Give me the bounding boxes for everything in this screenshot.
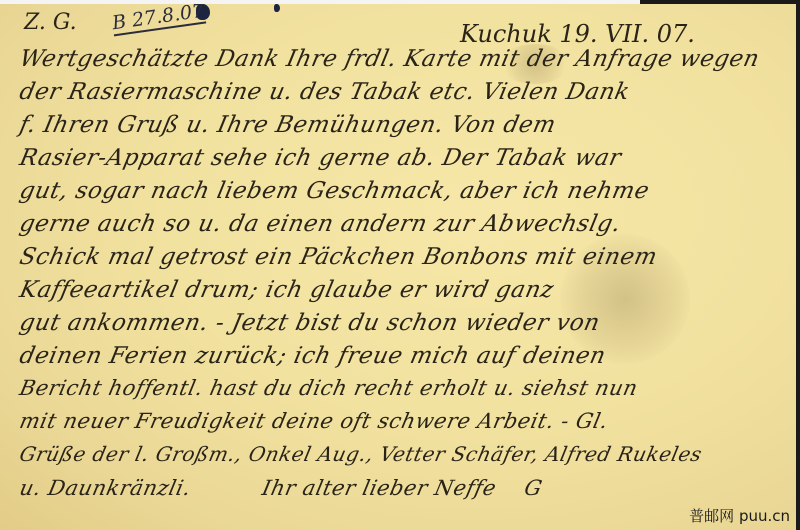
handwritten-line: der Rasiermaschine u. des Tabak etc. Vie… (17, 79, 632, 105)
signature-line: u. Daunkränzli. Ihr alter lieber Neffe G (17, 476, 544, 500)
handwritten-line: gerne auch so u. da einen andern zur Abw… (17, 211, 623, 237)
place-and-date: Kuchuk 19. VII. 07. (460, 20, 695, 48)
top-border (0, 0, 640, 4)
site-watermark: 普邮网 puu.cn (689, 505, 790, 526)
handwritten-line: Schick mal getrost ein Päckchen Bonbons … (17, 244, 659, 270)
postcard-photo: Z. G. B 27.8.07 Kuchuk 19. VII. 07. Wert… (0, 4, 796, 530)
handwritten-line: Grüße der l. Großm., Onkel Aug., Vetter … (17, 442, 704, 466)
header-initials: Z. G. (24, 10, 77, 35)
handwritten-line: Bericht hoffentl. hast du dich recht erh… (17, 376, 640, 400)
handwritten-line: Wertgeschätzte Dank Ihre frdl. Karte mit… (17, 46, 762, 72)
handwritten-line: f. Ihren Gruß u. Ihre Bemühungen. Von de… (17, 112, 558, 138)
handwritten-line: deinen Ferien zurück; ich freue mich auf… (17, 343, 608, 369)
handwritten-line: Rasier-Apparat sehe ich gerne ab. Der Ta… (17, 145, 623, 171)
ink-dot (274, 4, 280, 12)
handwritten-line: gut, sogar nach liebem Geschmack, aber i… (17, 178, 651, 204)
handwritten-line: mit neuer Freudigkeit deine oft schwere … (17, 409, 610, 433)
handwritten-line: Kaffeeartikel drum; ich glaube er wird g… (17, 277, 556, 303)
received-date-stamp: B 27.8.07 (111, 4, 206, 36)
handwritten-line: gut ankommen. - Jetzt bist du schon wied… (17, 310, 602, 336)
